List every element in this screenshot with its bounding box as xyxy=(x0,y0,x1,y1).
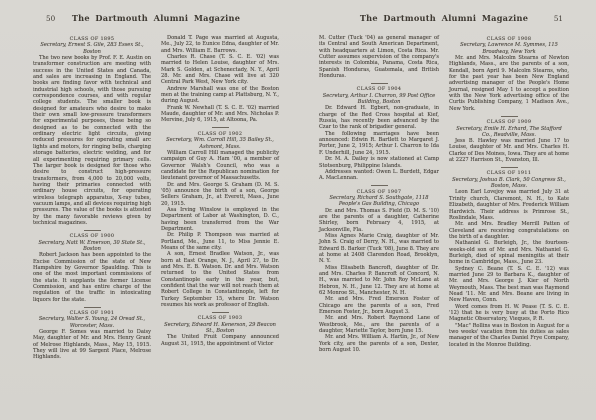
news-paragraph: M. Cutter (Tuck '04) as general manager … xyxy=(319,35,439,79)
right-page-header: 51 The Dartmouth Alumni Magazine xyxy=(319,13,569,26)
news-paragraph: Frank W. Newhall (T. S. C. E. '02) marri… xyxy=(161,105,279,124)
right-page-number: 51 xyxy=(554,14,563,23)
news-paragraph: Jess B. Hawley was married June 17 to Lo… xyxy=(449,138,569,163)
news-paragraph: The two new books by Prof. F. E. Austin … xyxy=(33,55,151,226)
news-paragraph: Mr. and Mrs. William A. Hartin, Jr., of … xyxy=(319,334,439,353)
section-divider xyxy=(84,307,101,308)
section-divider xyxy=(212,312,229,313)
secretary-line: Secretary, Richard S. Southgate, 1118 Pe… xyxy=(321,195,437,208)
news-paragraph: Dr. and Mrs. George S. Graham (D. M. S. … xyxy=(161,182,279,207)
section-divider xyxy=(371,83,388,84)
left-page-number: 50 xyxy=(46,14,55,23)
news-paragraph: Charles R. Chase (T. S. C. E. '02) was m… xyxy=(161,54,279,86)
news-paragraph: Leon Earl Lovejoy was married July 31 at… xyxy=(449,189,569,221)
news-paragraph: Miss Agnes Marie Craig, daughter of Mr. … xyxy=(319,233,439,265)
secretary-line: Secretary, Walter S. Young, 24 Oread St.… xyxy=(35,316,149,329)
section-divider xyxy=(212,127,229,128)
news-paragraph: Andrew Marshall was one of the Boston me… xyxy=(161,86,279,105)
secretary-line: Secretary, Lawrence M. Symmes, 115 Broad… xyxy=(451,42,567,55)
right-page-columns: M. Cutter (Tuck '04) as general manager … xyxy=(319,35,569,353)
left-page-columns: Class of 1895Secretary, Ernest S. Gile, … xyxy=(33,35,279,361)
left-page: 50 The Dartmouth Alumni Magazine Class o… xyxy=(33,13,279,361)
news-paragraph: Asa Irving Winslow is employed in the De… xyxy=(161,207,279,232)
news-paragraph: The United Fruit Company announced Augus… xyxy=(161,334,279,347)
news-paragraph: Addresses wanted: Owen L. Burdett, Edgar… xyxy=(319,169,439,182)
section-divider xyxy=(84,230,101,231)
secretary-line: Secretary, Ernest S. Gile, 283 Essex St.… xyxy=(35,42,149,55)
news-paragraph: Mr. and Mrs. Robert Raymond Lane of West… xyxy=(319,315,439,334)
section-divider xyxy=(501,167,518,168)
secretary-line: Secretary, Natt W. Emerson, 30 State St.… xyxy=(35,240,149,253)
news-paragraph: William Carroll Hill managed the publici… xyxy=(161,150,279,182)
news-paragraph: Mr. and Mrs. Malcolm Stearns of Newton H… xyxy=(449,55,569,112)
text-column: M. Cutter (Tuck '04) as general manager … xyxy=(319,35,439,353)
secretary-line: Secretary, Wm. Carroll Hill, 35 Bailey S… xyxy=(163,137,277,150)
secretary-line: Secretary, Edward H. Kenerson, 29 Beacon… xyxy=(163,322,277,335)
section-divider xyxy=(371,185,388,186)
magazine-scan: { "document": { "left_page": { "page_num… xyxy=(0,0,596,420)
news-paragraph: The following marriages have been announ… xyxy=(319,131,439,156)
news-paragraph: A son, Ernest Bradlee Watson, Jr., was b… xyxy=(161,251,279,308)
secretary-line: Secretary, Joshua B. Clark, 50 Congress … xyxy=(451,177,567,190)
news-paragraph: Sydney C. Beane (T. S. C. E. '12) was ma… xyxy=(449,266,569,304)
news-paragraph: Nathaniel G. Burleigh, Jr., the fourteen… xyxy=(449,240,569,265)
magazine-title: The Dartmouth Alumni Magazine xyxy=(33,13,279,23)
secretary-line: Secretary, Arthur I. Charron, 99 Post Of… xyxy=(321,93,437,106)
section-divider xyxy=(501,116,518,117)
news-paragraph: Donald T. Page was married at Augusta, M… xyxy=(161,35,279,54)
news-paragraph: "Mac" Rollins was in Boston in August fo… xyxy=(449,323,569,348)
text-column: Class of 1895Secretary, Ernest S. Gile, … xyxy=(33,35,151,361)
magazine-title: The Dartmouth Alumni Magazine xyxy=(319,13,569,23)
news-paragraph: Dr. Edward H. Egbert, non-graduate, in c… xyxy=(319,105,439,130)
news-paragraph: Dr. M. A. Dailey is now stationed at Cam… xyxy=(319,156,439,169)
news-paragraph: Dr. Philip P. Thompson was married at Po… xyxy=(161,232,279,251)
secretary-line: Secretary, Emile H. Erhard, The Stafford… xyxy=(451,126,567,139)
right-page: 51 The Dartmouth Alumni Magazine M. Cutt… xyxy=(319,13,569,353)
news-paragraph: Word comes from H. W. Pease (T. S. C. E.… xyxy=(449,304,569,323)
text-column: Donald T. Page was married at Augusta, M… xyxy=(161,35,279,361)
news-paragraph: Dr. and Mrs. Thomas S. Field (D. M. S. '… xyxy=(319,208,439,233)
text-column: Class of 1908Secretary, Lawrence M. Symm… xyxy=(449,35,569,353)
news-paragraph: George F. Somes was married to Daisy May… xyxy=(33,329,151,361)
news-paragraph: Robert Jackson has been appointed to the… xyxy=(33,252,151,303)
news-paragraph: Mr. and Mrs. Bradley Merrill Patten of C… xyxy=(449,221,569,240)
left-page-header: 50 The Dartmouth Alumni Magazine xyxy=(33,13,279,26)
news-paragraph: Mr. and Mrs. Fred Emerson Foster of Chic… xyxy=(319,296,439,315)
news-paragraph: Miss Elisabeth Bancroft, daughter of Dr.… xyxy=(319,265,439,297)
